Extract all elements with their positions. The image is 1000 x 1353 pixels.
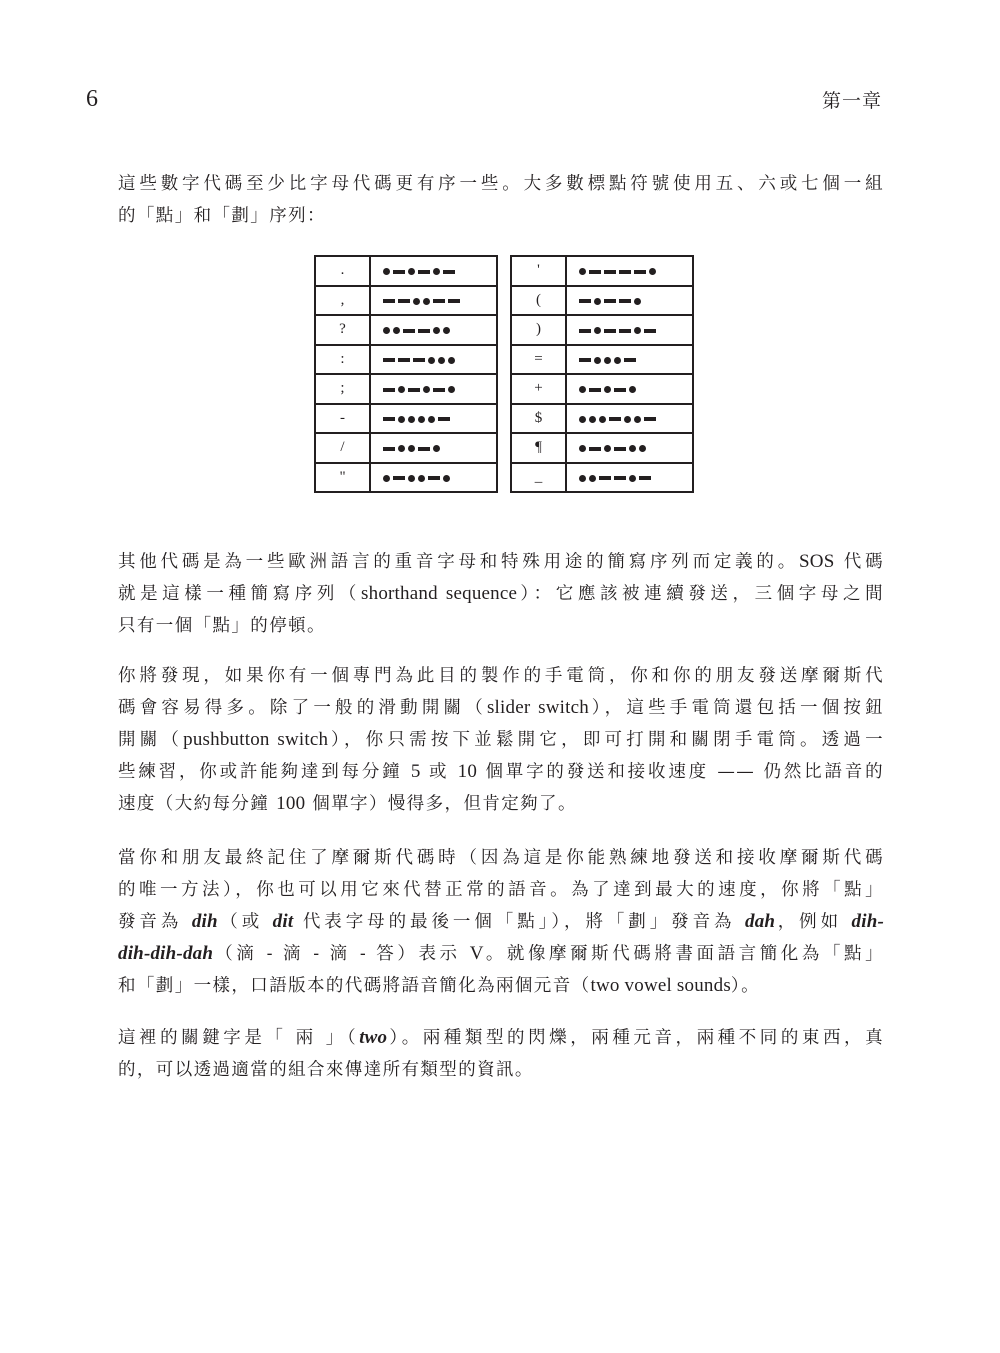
dot-icon — [634, 327, 641, 334]
dot-icon — [408, 416, 415, 423]
dash-icon — [438, 417, 450, 421]
punctuation-symbol: ( — [511, 286, 566, 316]
text-line: 碼會容易得多。除了一般的滑動開關（slider switch），這些手電筒還包括… — [118, 692, 884, 724]
punctuation-symbol: : — [315, 345, 370, 375]
dot-icon — [614, 357, 621, 364]
morse-code-cell — [566, 345, 693, 375]
dot-icon — [428, 416, 435, 423]
text-span: （或 — [218, 912, 273, 932]
punctuation-symbol: ¶ — [511, 433, 566, 463]
dot-icon — [594, 298, 601, 305]
dash-icon — [619, 329, 631, 333]
dash-icon — [634, 270, 646, 274]
text-span: 碼會容易得多。除了一般的滑動開關（ — [118, 698, 487, 718]
text-line: 發音為 dih（或 dit 代表字母的最後一個「點」），將「劃」發音為 dah，… — [118, 906, 884, 938]
dot-icon — [383, 475, 390, 482]
morse-code-cell — [370, 315, 497, 345]
dash-icon — [408, 388, 420, 392]
dash-icon — [614, 476, 626, 480]
morse-code-cell — [370, 256, 497, 286]
paragraph-sos: 其他代碼是為一些歐洲語言的重音字母和特殊用途的簡寫序列而定義的。SOS 代碼 就… — [118, 546, 884, 642]
italic-term: dih- — [852, 911, 884, 932]
morse-sequence — [383, 325, 450, 337]
dot-icon — [448, 357, 455, 364]
english-term: shorthand sequence — [361, 583, 517, 604]
dot-icon — [433, 445, 440, 452]
punctuation-symbol: " — [315, 463, 370, 493]
page-number: 6 — [86, 86, 98, 113]
dot-icon — [448, 386, 455, 393]
text-span: 開關（ — [118, 730, 183, 750]
dot-icon — [443, 475, 450, 482]
dash-icon — [418, 329, 430, 333]
paragraph-speech: 當你和朋友最終記住了摩爾斯代碼時（因為這是你能熟練地發送和接收摩爾斯代碼 的唯一… — [118, 842, 884, 1002]
dot-icon — [579, 445, 586, 452]
morse-sequence — [383, 472, 450, 484]
text-line: 開關（pushbutton switch），你只需按下並鬆開它，即可打開和關閉手… — [118, 724, 884, 756]
morse-sequence — [383, 443, 440, 455]
paragraph-intro: 這些數字代碼至少比字母代碼更有序一些。大多數標點符號使用五、六或七個一組 的「點… — [118, 168, 884, 232]
text-span: 就是這樣一種簡寫序列（ — [118, 584, 361, 604]
dot-icon — [629, 475, 636, 482]
text-line: 的唯一方法），你也可以用它來代替正常的語音。為了達到最大的速度，你將「點」 — [118, 874, 884, 906]
dot-icon — [418, 416, 425, 423]
dot-icon — [398, 445, 405, 452]
dot-icon — [604, 445, 611, 452]
dot-icon — [443, 327, 450, 334]
text-span: 個單字）慢得多，但肯定夠了。 — [305, 794, 577, 814]
morse-row: _ — [511, 463, 693, 493]
dash-icon — [604, 270, 616, 274]
dot-icon — [423, 386, 430, 393]
dot-icon — [634, 416, 641, 423]
dash-icon — [579, 329, 591, 333]
punctuation-symbol: / — [315, 433, 370, 463]
dash-icon — [589, 388, 601, 392]
text-span: 代表字母的最後一個「點」），將「劃」發音為 — [293, 912, 745, 932]
dash-icon — [604, 299, 616, 303]
dash-icon — [443, 270, 455, 274]
dot-icon — [594, 357, 601, 364]
dot-icon — [398, 386, 405, 393]
dash-icon — [383, 447, 395, 451]
dot-icon — [629, 445, 636, 452]
morse-code-cell — [566, 404, 693, 434]
morse-code-cell — [566, 256, 693, 286]
morse-row: / — [315, 433, 497, 463]
italic-term: dah — [745, 911, 775, 932]
morse-sequence — [579, 354, 636, 366]
morse-row: ' — [511, 256, 693, 286]
text-span: 些練習，你或許能夠達到每分鐘 — [118, 762, 411, 782]
dash-icon — [433, 299, 445, 303]
punctuation-symbol: , — [315, 286, 370, 316]
number: 10 — [458, 761, 477, 782]
dot-icon — [589, 416, 596, 423]
morse-code-cell — [566, 315, 693, 345]
text-line: 其他代碼是為一些歐洲語言的重音字母和特殊用途的簡寫序列而定義的。SOS 代碼 — [118, 546, 884, 578]
punctuation-symbol: - — [315, 404, 370, 434]
dot-icon — [624, 416, 631, 423]
text-span: （滴 - 滴 - 滴 - 答）表示 — [213, 944, 470, 964]
dot-icon — [599, 416, 606, 423]
text-line: 些練習，你或許能夠達到每分鐘 5 或 10 個單字的發送和接收速度 —— 仍然比… — [118, 756, 884, 788]
text-line: 你將發現，如果你有一個專門為此目的製作的手電筒，你和你的朋友發送摩爾斯代 — [118, 660, 884, 692]
punctuation-symbol: ; — [315, 374, 370, 404]
text-line: 只有一個「點」的停頓。 — [118, 610, 884, 642]
punctuation-symbol: ? — [315, 315, 370, 345]
paragraph-keyword: 這裡的關鍵字是「 兩 」（two）。兩種類型的閃爍，兩種元音，兩種不同的東西，真… — [118, 1022, 884, 1086]
morse-row: + — [511, 374, 693, 404]
dash-icon — [579, 358, 591, 362]
morse-row: $ — [511, 404, 693, 434]
dot-icon — [423, 298, 430, 305]
italic-term: dit — [273, 911, 294, 932]
keyword-char: 兩 — [296, 1028, 317, 1048]
dot-icon — [428, 357, 435, 364]
text-span: ），這些手電筒還包括一個按鈕 — [589, 698, 884, 718]
dot-icon — [579, 268, 586, 275]
morse-code-cell — [566, 374, 693, 404]
punctuation-symbol: + — [511, 374, 566, 404]
dot-icon — [589, 475, 596, 482]
dash-icon — [604, 329, 616, 333]
dot-icon — [604, 357, 611, 364]
dot-icon — [383, 327, 390, 334]
morse-sequence — [579, 295, 641, 307]
dot-icon — [433, 268, 440, 275]
dash-icon — [413, 358, 425, 362]
morse-code-cell — [370, 463, 497, 493]
dash-icon — [624, 358, 636, 362]
italic-term: dih-dih-dah — [118, 943, 213, 964]
morse-row: ? — [315, 315, 497, 345]
text-line: 這些數字代碼至少比字母代碼更有序一些。大多數標點符號使用五、六或七個一組 — [118, 168, 884, 200]
dot-icon — [639, 445, 646, 452]
dash-icon — [383, 299, 395, 303]
text-line: 的「點」和「劃」序列： — [118, 200, 884, 232]
morse-sequence — [383, 295, 460, 307]
text-span: 其他代碼是為一些歐洲語言的重音字母和特殊用途的簡寫序列而定義的。 — [118, 552, 799, 572]
text-span: 」（ — [317, 1028, 360, 1048]
text-span: 速度（大約每分鐘 — [118, 794, 276, 814]
morse-code-cell — [566, 463, 693, 493]
dash-icon — [393, 270, 405, 274]
dash-icon — [403, 329, 415, 333]
dash-icon — [418, 447, 430, 451]
dot-icon — [393, 327, 400, 334]
text-line: 當你和朋友最終記住了摩爾斯代碼時（因為這是你能熟練地發送和接收摩爾斯代碼 — [118, 842, 884, 874]
morse-code-cell — [370, 404, 497, 434]
text-line: 這裡的關鍵字是「 兩 」（two）。兩種類型的閃爍，兩種元音，兩種不同的東西，真 — [118, 1022, 884, 1054]
text-span: 。就像摩爾斯代碼將書面語言簡化為「點」 — [484, 944, 884, 964]
morse-row: ; — [315, 374, 497, 404]
text-span: 這裡的關鍵字是「 — [118, 1028, 296, 1048]
morse-sequence — [579, 266, 656, 278]
text-line: 速度（大約每分鐘 100 個單字）慢得多，但肯定夠了。 — [118, 788, 884, 820]
dot-icon — [629, 386, 636, 393]
chapter-title: 第一章 — [822, 86, 882, 113]
dash-icon — [448, 299, 460, 303]
text-line: dih-dih-dah（滴 - 滴 - 滴 - 答）表示 V。就像摩爾斯代碼將書… — [118, 938, 884, 970]
dash-icon — [393, 476, 405, 480]
morse-row: , — [315, 286, 497, 316]
number: 5 — [411, 761, 421, 782]
text-span: 代碼 — [834, 552, 884, 572]
text-span: ），你只需按下並鬆開它，即可打開和關閉手電筒。透過一 — [328, 730, 884, 750]
dash-icon — [383, 417, 395, 421]
letter-v: V — [470, 943, 484, 964]
text-line: 就是這樣一種簡寫序列（shorthand sequence）：它應該被連續發送，… — [118, 578, 884, 610]
dot-icon — [383, 268, 390, 275]
dash-icon — [398, 299, 410, 303]
morse-row: " — [315, 463, 497, 493]
dash-icon — [589, 447, 601, 451]
text-line: 的，可以透過適當的組合來傳達所有類型的資訊。 — [118, 1054, 884, 1086]
morse-row: ¶ — [511, 433, 693, 463]
morse-row: : — [315, 345, 497, 375]
dot-icon — [634, 298, 641, 305]
dash-icon — [383, 388, 395, 392]
text-span: ）。 — [731, 976, 760, 996]
dot-icon — [594, 327, 601, 334]
text-span: ，例如 — [775, 912, 851, 932]
sos-term: SOS — [799, 551, 834, 572]
dot-icon — [649, 268, 656, 275]
dash-icon — [619, 270, 631, 274]
italic-term: two — [359, 1027, 387, 1048]
dot-icon — [579, 475, 586, 482]
morse-row: ) — [511, 315, 693, 345]
text-span: ）。兩種類型的閃爍，兩種元音，兩種不同的東西，真 — [387, 1028, 884, 1048]
dash-icon — [579, 299, 591, 303]
dash-icon — [383, 358, 395, 362]
italic-term: dih — [192, 911, 218, 932]
english-term: slider switch — [487, 697, 589, 718]
morse-sequence — [383, 413, 450, 425]
english-term: two vowel sounds — [591, 975, 731, 996]
dash-icon — [418, 270, 430, 274]
morse-row: . — [315, 256, 497, 286]
dash-icon — [644, 329, 656, 333]
dot-icon — [418, 475, 425, 482]
morse-row: - — [315, 404, 497, 434]
punctuation-symbol: = — [511, 345, 566, 375]
dash-icon — [639, 476, 651, 480]
morse-sequence — [383, 384, 455, 396]
text-span: ）：它應該被連續發送，三個字母之間 — [517, 584, 884, 604]
morse-row: ( — [511, 286, 693, 316]
text-span: 和「劃」一樣，口語版本的代碼將語音簡化為兩個元音（ — [118, 976, 591, 996]
dot-icon — [408, 445, 415, 452]
morse-sequence — [579, 443, 646, 455]
dash-icon — [614, 388, 626, 392]
english-term: pushbutton switch — [183, 729, 328, 750]
dash-icon — [619, 299, 631, 303]
dot-icon — [408, 268, 415, 275]
punctuation-symbol: $ — [511, 404, 566, 434]
dash-icon — [609, 417, 621, 421]
morse-code-cell — [566, 286, 693, 316]
dash-icon — [599, 476, 611, 480]
morse-row: = — [511, 345, 693, 375]
text-span: 個單字的發送和接收速度 —— 仍然比語音的 — [477, 762, 884, 782]
dot-icon — [398, 416, 405, 423]
dot-icon — [408, 475, 415, 482]
morse-sequence — [383, 354, 455, 366]
morse-sequence — [579, 325, 656, 337]
text-span: 發音為 — [118, 912, 192, 932]
morse-sequence — [579, 413, 656, 425]
morse-table-right: '()=+$¶_ — [510, 255, 694, 493]
punctuation-symbol: . — [315, 256, 370, 286]
dash-icon — [398, 358, 410, 362]
morse-table-left: .,?:;-/" — [314, 255, 498, 493]
dot-icon — [604, 386, 611, 393]
dot-icon — [438, 357, 445, 364]
dash-icon — [433, 388, 445, 392]
morse-sequence — [579, 384, 636, 396]
morse-sequence — [579, 472, 651, 484]
number: 100 — [276, 793, 305, 814]
dash-icon — [589, 270, 601, 274]
text-span: 或 — [421, 762, 458, 782]
dot-icon — [579, 386, 586, 393]
dot-icon — [433, 327, 440, 334]
punctuation-symbol: ' — [511, 256, 566, 286]
morse-sequence — [383, 266, 455, 278]
morse-code-cell — [370, 433, 497, 463]
morse-code-cell — [370, 286, 497, 316]
morse-code-cell — [370, 345, 497, 375]
morse-code-cell — [566, 433, 693, 463]
morse-code-cell — [370, 374, 497, 404]
dot-icon — [579, 416, 586, 423]
punctuation-symbol: _ — [511, 463, 566, 493]
dash-icon — [614, 447, 626, 451]
dash-icon — [644, 417, 656, 421]
dash-icon — [428, 476, 440, 480]
text-line: 和「劃」一樣，口語版本的代碼將語音簡化為兩個元音（two vowel sound… — [118, 970, 884, 1002]
punctuation-symbol: ) — [511, 315, 566, 345]
dot-icon — [413, 298, 420, 305]
paragraph-flashlight: 你將發現，如果你有一個專門為此目的製作的手電筒，你和你的朋友發送摩爾斯代 碼會容… — [118, 660, 884, 820]
